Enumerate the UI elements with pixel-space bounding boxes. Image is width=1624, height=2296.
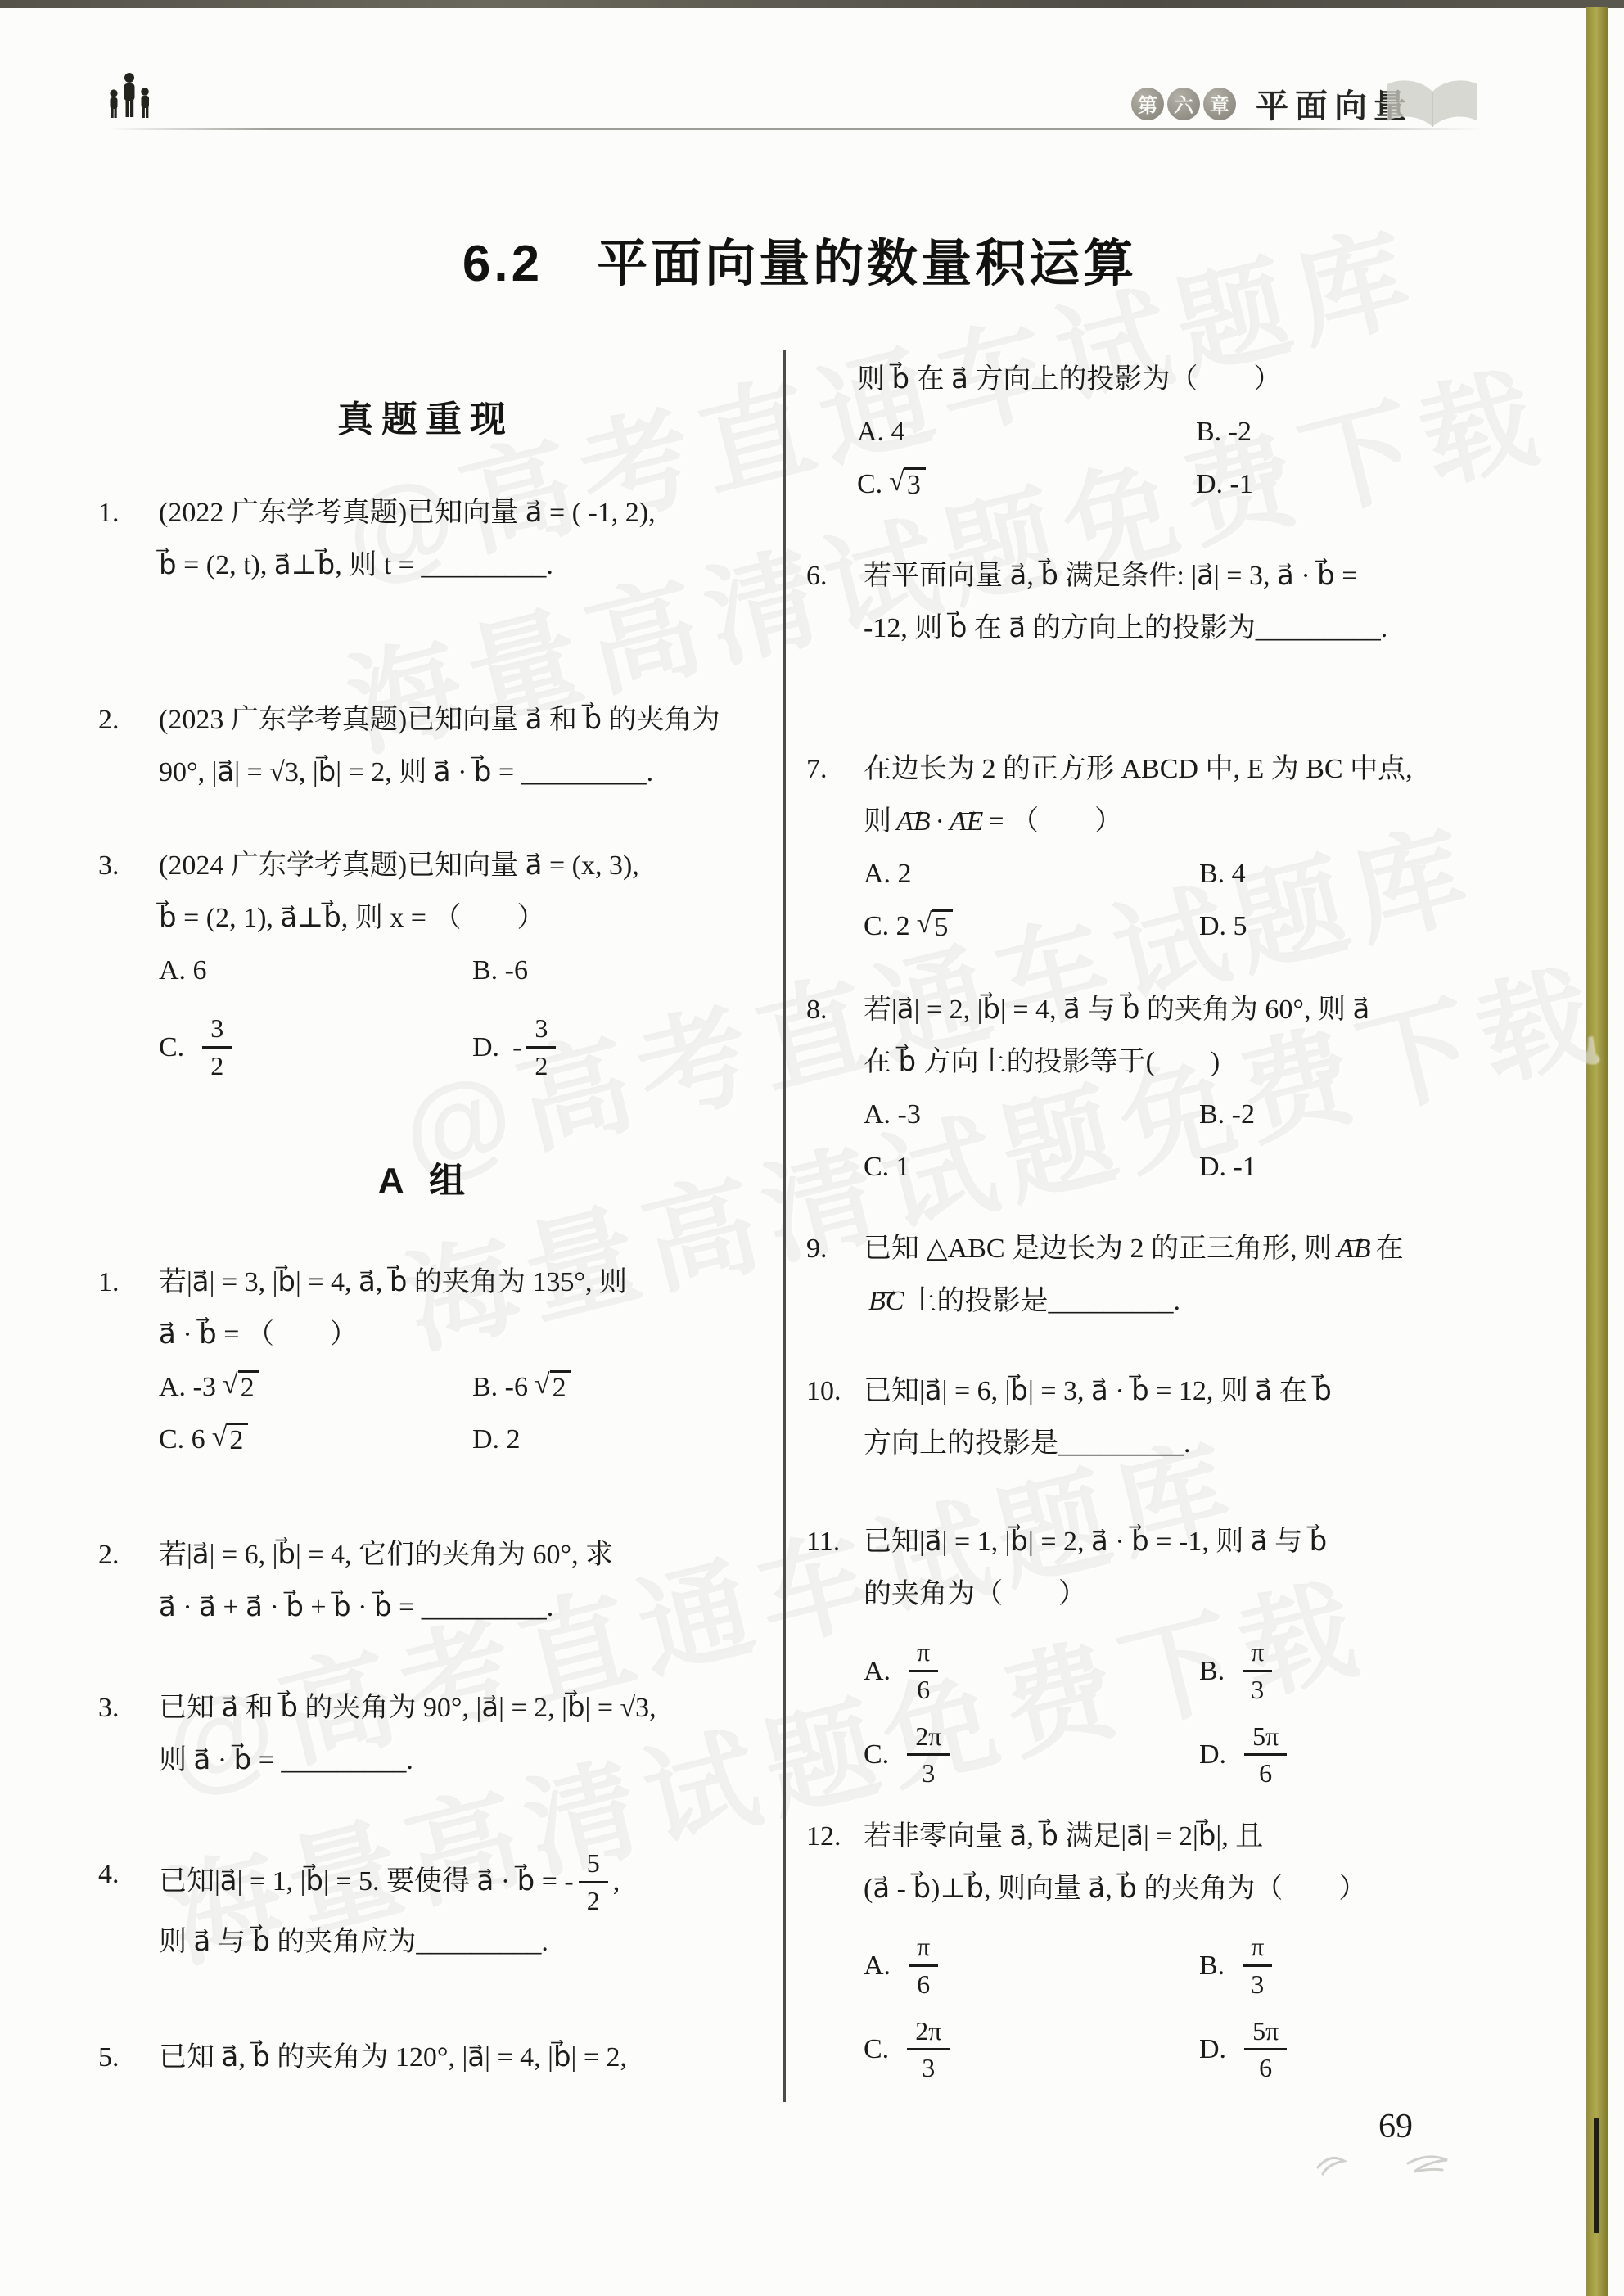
question-line: (2024 广东学考真题)已知向量 a⃗ = (x, 3), <box>159 840 786 892</box>
question-line: b⃗ = (2, 1), a⃗⊥b⃗, 则 x = （ ） <box>159 892 786 945</box>
chapter-badge-char: 六 <box>1167 88 1200 120</box>
question-9: 9. 已知 △ABC 是边长为 2 的正三角形, 则 AB 在 BC 上的投影是… <box>806 1223 1535 1328</box>
radical: 2 <box>535 1370 571 1404</box>
publisher-people-logo <box>105 70 162 126</box>
group-a-question-3: 3. 已知 a⃗ 和 b⃗ 的夹角为 90°, |a⃗| = 2, |b⃗| =… <box>98 1682 786 1787</box>
option-b: B. -2 <box>1199 1089 1535 1141</box>
zhenti-question-1: 1. (2022 广东学考真题)已知向量 a⃗ = ( -1, 2), b⃗ =… <box>98 487 786 592</box>
question-line: 若|a⃗| = 2, |b⃗| = 4, a⃗ 与 b⃗ 的夹角为 60°, 则… <box>864 984 1535 1036</box>
radical: 3 <box>889 467 926 501</box>
question-number: 8. <box>806 984 828 1036</box>
fraction: 5π6 <box>1244 2016 1287 2084</box>
question-number: 2. <box>98 1529 120 1581</box>
option-row: A. π6 B. π3 <box>864 1637 1535 1705</box>
option-d: D. 5π6 <box>1199 1721 1535 1789</box>
fraction: 32 <box>202 1013 232 1081</box>
option-a: A. -3 2 <box>159 1361 472 1414</box>
question-number: 4. <box>98 1848 120 1901</box>
option-a: A. π6 <box>864 1637 1199 1705</box>
vector-AE: AE <box>950 796 984 848</box>
question-7: 7. 在边长为 2 的正方形 ABCD 中, E 为 BC 中点, 则 AB ·… <box>806 743 1535 953</box>
fraction: 52 <box>579 1848 608 1916</box>
zhenti-question-3: 3. (2024 广东学考真题)已知向量 a⃗ = (x, 3), b⃗ = (… <box>98 840 786 1081</box>
question-line: (2023 广东学考真题)已知向量 a⃗ 和 b⃗ 的夹角为 <box>159 694 786 747</box>
option-row: A. 4 B. -2 <box>857 406 1535 458</box>
option-d: D. - 32 <box>472 1013 786 1081</box>
option-row: A. -3 2 B. -6 2 <box>159 1361 786 1414</box>
fraction: π3 <box>1243 1932 1272 2000</box>
question-line: a⃗ · b⃗ = （ ） <box>159 1309 786 1361</box>
header-rule <box>108 128 1483 130</box>
option-c: C. 1 <box>864 1141 1199 1193</box>
question-line: 在 b⃗ 方向上的投影等于( ) <box>864 1036 1535 1089</box>
question-11: 11. 已知|a⃗| = 1, |b⃗| = 2, a⃗ · b⃗ = -1, … <box>806 1516 1535 1789</box>
column-divider <box>783 350 786 2102</box>
question-line: 若|a⃗| = 3, |b⃗| = 4, a⃗, b⃗ 的夹角为 135°, 则 <box>159 1256 786 1309</box>
option-row: A. π6 B. π3 <box>864 1932 1535 2000</box>
option-row: C. 1 D. -1 <box>864 1141 1535 1193</box>
vector-AB: AB <box>896 796 931 848</box>
book-edge-mark <box>1594 2118 1599 2233</box>
question-line: 已知|a⃗| = 1, |b⃗| = 2, a⃗ · b⃗ = -1, 则 a⃗… <box>864 1516 1535 1568</box>
question-line: 若|a⃗| = 6, |b⃗| = 4, 它们的夹角为 60°, 求 <box>159 1529 786 1581</box>
option-c: C. 2π3 <box>864 2016 1199 2084</box>
option-d: D. 5 <box>1199 900 1535 953</box>
section-group-a-title: A 组 <box>98 1151 753 1203</box>
question-number: 9. <box>806 1223 828 1275</box>
option-b: B. -6 2 <box>472 1361 786 1414</box>
question-line: 方向上的投影是_________. <box>864 1418 1535 1470</box>
question-number: 1. <box>98 1256 120 1309</box>
option-row: C. 2 5 D. 5 <box>864 900 1535 953</box>
fraction: 32 <box>526 1013 556 1081</box>
question-5-continuation: 则 b⃗ 在 a⃗ 方向上的投影为（ ） A. 4 B. -2 C. 3 D. … <box>806 354 1535 511</box>
radical: 2 <box>223 1370 259 1404</box>
question-line: 已知 △ABC 是边长为 2 的正三角形, 则 AB 在 <box>864 1223 1535 1275</box>
option-b: B. -2 <box>1196 406 1535 458</box>
question-line: -12, 则 b⃗ 在 a⃗ 的方向上的投影为_________. <box>864 602 1535 655</box>
page-number: 69 <box>1378 2107 1413 2146</box>
option-row: C. 2π3 D. 5π6 <box>864 2016 1535 2084</box>
question-number: 11. <box>806 1516 840 1568</box>
question-line: 则 a⃗ 与 b⃗ 的夹角应为_________. <box>159 1916 786 1969</box>
question-number: 3. <box>98 1682 120 1734</box>
question-line: a⃗ · a⃗ + a⃗ · b⃗ + b⃗ · b⃗ = _________. <box>159 1581 786 1634</box>
option-a: A. 6 <box>159 945 472 997</box>
option-row: A. -3 B. -2 <box>864 1089 1535 1141</box>
option-d: D. -1 <box>1199 1141 1535 1193</box>
chapter-header: 第 六 章 平面向量 <box>1131 80 1413 127</box>
option-row: C. 3 D. -1 <box>857 458 1535 511</box>
radical: 2 <box>212 1423 249 1456</box>
zhenti-question-2: 2. (2023 广东学考真题)已知向量 a⃗ 和 b⃗ 的夹角为 90°, |… <box>98 694 786 799</box>
option-b: B. 4 <box>1199 848 1535 900</box>
question-line: 则 AB · AE = （ ） <box>864 796 1535 848</box>
question-line: 则 b⃗ 在 a⃗ 方向上的投影为（ ） <box>857 354 1535 406</box>
question-line: (a⃗ - b⃗)⊥b⃗, 则向量 a⃗, b⃗ 的夹角为（ ） <box>864 1863 1535 1915</box>
vector-BC: BC <box>868 1275 904 1328</box>
question-number: 10. <box>806 1365 841 1418</box>
option-d: D. 5π6 <box>1199 2016 1535 2084</box>
question-number: 12. <box>806 1811 841 1863</box>
question-line: (2022 广东学考真题)已知向量 a⃗ = ( -1, 2), <box>159 487 786 539</box>
chapter-badge: 第 六 章 <box>1131 88 1239 120</box>
section-zhenti-title: 真题重现 <box>98 390 753 442</box>
book-edge-strip <box>1586 7 1608 2296</box>
pencil-scribble <box>1310 2143 1473 2192</box>
question-number: 1. <box>98 487 120 539</box>
option-a: A. 2 <box>864 848 1199 900</box>
scan-top-edge <box>0 0 1624 8</box>
question-12: 12. 若非零向量 a⃗, b⃗ 满足|a⃗| = 2|b⃗|, 且 (a⃗ -… <box>806 1811 1535 2083</box>
option-a: A. π6 <box>864 1932 1199 2000</box>
fraction: 5π6 <box>1244 1721 1287 1789</box>
fraction: π3 <box>1243 1637 1272 1705</box>
question-line: 的夹角为（ ） <box>864 1568 1535 1621</box>
option-b: B. -6 <box>472 945 786 997</box>
radical: 5 <box>917 909 954 943</box>
question-line: 已知 a⃗ 和 b⃗ 的夹角为 90°, |a⃗| = 2, |b⃗| = √3… <box>159 1682 786 1734</box>
option-c: C. 32 <box>159 1013 472 1081</box>
option-row: A. 2 B. 4 <box>864 848 1535 900</box>
question-line: 已知|a⃗| = 1, |b⃗| = 5. 要使得 a⃗ · b⃗ = - 52… <box>159 1848 786 1916</box>
fraction: 2π3 <box>907 2016 950 2084</box>
question-line: BC 上的投影是_________. <box>864 1275 1535 1328</box>
question-number: 6. <box>806 550 828 602</box>
question-10: 10. 已知|a⃗| = 6, |b⃗| = 3, a⃗ · b⃗ = 12, … <box>806 1365 1535 1470</box>
option-c: C. 3 <box>857 458 1196 511</box>
question-number: 5. <box>98 2032 120 2084</box>
question-number: 2. <box>98 694 120 747</box>
vector-AB: AB <box>1337 1223 1371 1275</box>
chapter-badge-char: 章 <box>1203 88 1236 120</box>
question-line: 若平面向量 a⃗, b⃗ 满足条件: |a⃗| = 3, a⃗ · b⃗ = <box>864 550 1535 602</box>
option-c: C. 2 5 <box>864 900 1199 953</box>
option-d: D. 2 <box>472 1414 786 1466</box>
group-a-question-1: 1. 若|a⃗| = 3, |b⃗| = 4, a⃗, b⃗ 的夹角为 135°… <box>98 1256 786 1466</box>
open-book-icon <box>1383 75 1482 134</box>
group-a-question-4: 4. 已知|a⃗| = 1, |b⃗| = 5. 要使得 a⃗ · b⃗ = -… <box>98 1848 786 1969</box>
textbook-page: 第 六 章 平面向量 6.2 平面向量的数量积运算 @高考直通车试题库 海量高清… <box>0 0 1624 2296</box>
question-line: 已知 a⃗, b⃗ 的夹角为 120°, |a⃗| = 4, |b⃗| = 2, <box>159 2032 786 2084</box>
question-6: 6. 若平面向量 a⃗, b⃗ 满足条件: |a⃗| = 3, a⃗ · b⃗ … <box>806 550 1535 655</box>
question-number: 3. <box>98 840 120 892</box>
question-number: 7. <box>806 743 828 796</box>
fraction: π6 <box>909 1932 938 2000</box>
option-c: C. 2π3 <box>864 1721 1199 1789</box>
option-row: A. 6 B. -6 <box>159 945 786 997</box>
option-a: A. -3 <box>864 1089 1199 1141</box>
option-row: C. 6 2 D. 2 <box>159 1414 786 1466</box>
option-row: C. 2π3 D. 5π6 <box>864 1721 1535 1789</box>
option-a: A. 4 <box>857 406 1196 458</box>
option-c: C. 6 2 <box>159 1414 472 1466</box>
option-d: D. -1 <box>1196 458 1535 511</box>
group-a-question-5: 5. 已知 a⃗, b⃗ 的夹角为 120°, |a⃗| = 4, |b⃗| =… <box>98 2032 786 2084</box>
question-line: 则 a⃗ · b⃗ = _________. <box>159 1734 786 1787</box>
option-b: B. π3 <box>1199 1932 1535 2000</box>
question-8: 8. 若|a⃗| = 2, |b⃗| = 4, a⃗ 与 b⃗ 的夹角为 60°… <box>806 984 1535 1193</box>
question-line: 若非零向量 a⃗, b⃗ 满足|a⃗| = 2|b⃗|, 且 <box>864 1811 1535 1863</box>
fraction: π6 <box>909 1637 938 1705</box>
option-b: B. π3 <box>1199 1637 1535 1705</box>
question-line: 90°, |a⃗| = √3, |b⃗| = 2, 则 a⃗ · b⃗ = __… <box>159 747 786 799</box>
chapter-badge-char: 第 <box>1131 88 1164 120</box>
question-line: b⃗ = (2, t), a⃗⊥b⃗, 则 t = _________. <box>159 539 786 592</box>
option-row: C. 32 D. - 32 <box>159 1013 786 1081</box>
fraction: 2π3 <box>907 1721 950 1789</box>
question-line: 已知|a⃗| = 6, |b⃗| = 3, a⃗ · b⃗ = 12, 则 a⃗… <box>864 1365 1535 1418</box>
group-a-question-2: 2. 若|a⃗| = 6, |b⃗| = 4, 它们的夹角为 60°, 求 a⃗… <box>98 1529 786 1634</box>
